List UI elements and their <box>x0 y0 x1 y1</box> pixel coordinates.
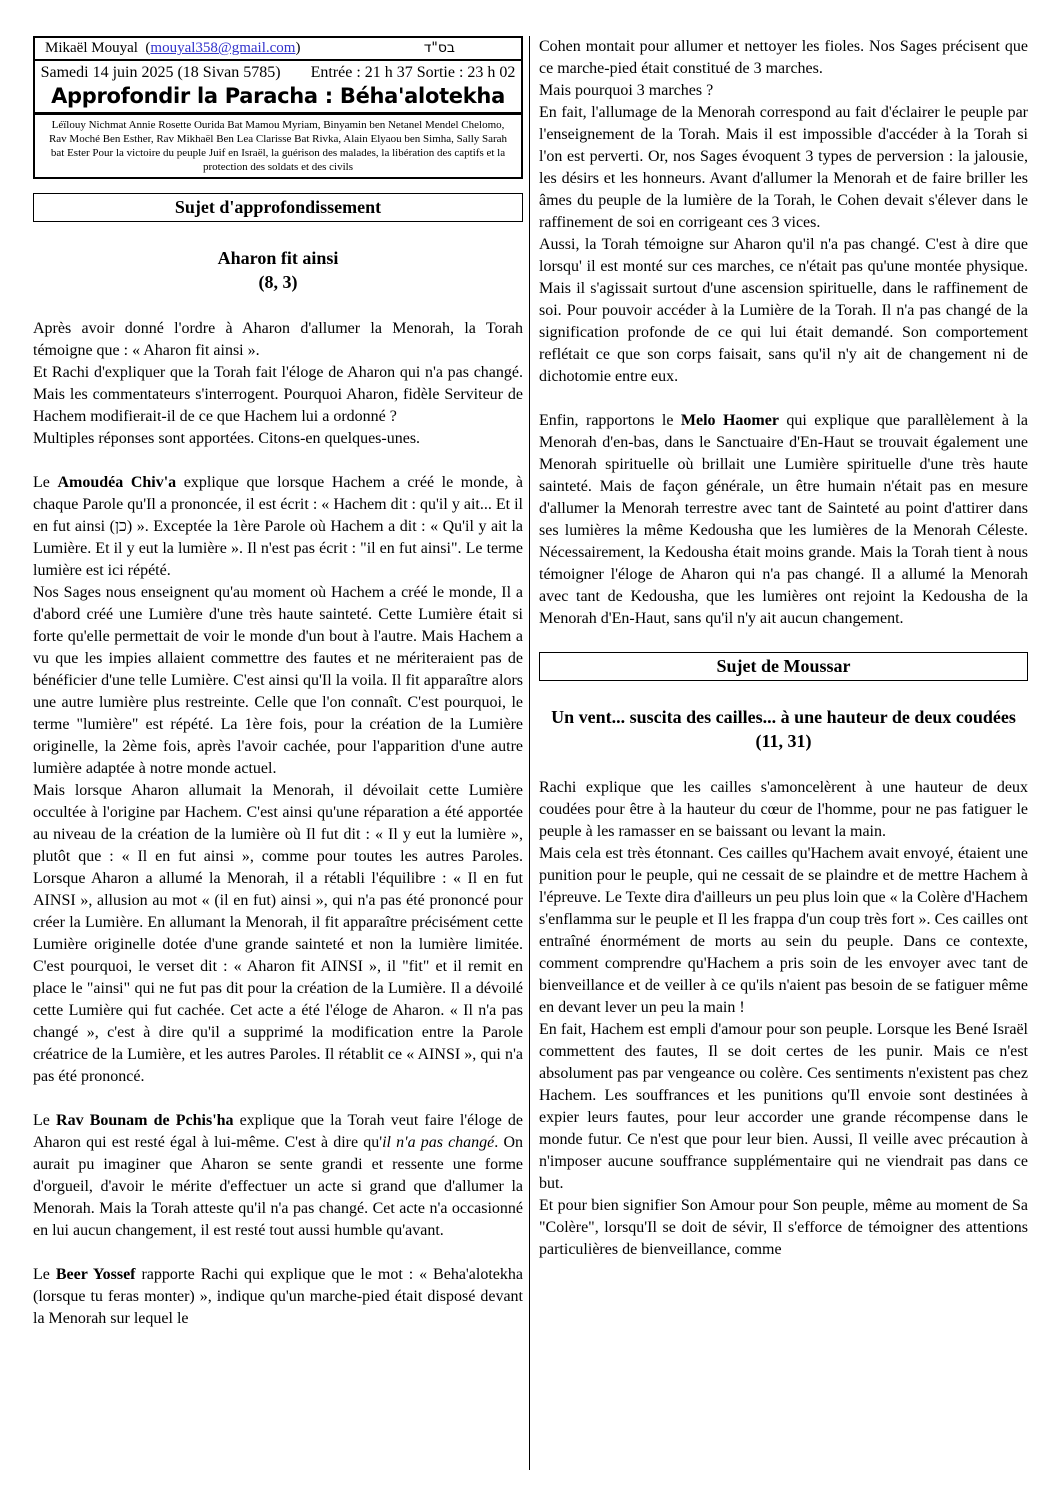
paragraph-gap <box>539 388 1028 410</box>
paragraph: En fait, l'allumage de la Menorah corres… <box>539 102 1028 234</box>
article-heading-line: Aharon fit ainsi <box>33 246 523 270</box>
hebrew-dedication-mark: בס"ד <box>424 40 513 56</box>
email-close-paren: ) <box>295 40 300 56</box>
document-page: Mikaël Mouyal (mouyal358@gmail.com) בס"ד… <box>0 0 1058 1470</box>
paragraph-gap <box>33 450 523 472</box>
dedication-box: Léïlouy Nichmat Annie Rosette Ourida Bat… <box>33 115 523 179</box>
paragraph-gap <box>539 681 1028 703</box>
paragraph: Mais pourquoi 3 marches ? <box>539 80 1028 102</box>
date-text: Samedi 14 juin 2025 (18 Sivan 5785) <box>41 64 281 82</box>
document-header: Mikaël Mouyal (mouyal358@gmail.com) בס"ד… <box>33 36 523 115</box>
header-author-row: Mikaël Mouyal (mouyal358@gmail.com) בס"ד <box>35 38 521 61</box>
section-title: Sujet de Moussar <box>717 656 851 676</box>
article-heading-line: (11, 31) <box>539 729 1028 753</box>
candle-times-text: Entrée : 21 h 37 Sortie : 23 h 02 <box>311 64 516 82</box>
section-title-box: Sujet de Moussar <box>539 652 1028 681</box>
right-column: Cohen montait pour allumer et nettoyer l… <box>529 36 1028 1470</box>
paragraph: Et pour bien signifier Son Amour pour So… <box>539 1195 1028 1261</box>
left-column: Mikaël Mouyal (mouyal358@gmail.com) בס"ד… <box>33 36 529 1470</box>
dedication-text: Léïlouy Nichmat Annie Rosette Ourida Bat… <box>49 119 507 173</box>
left-column-content: Sujet d'approfondissementAharon fit ains… <box>33 193 523 1330</box>
page-title: Approfondir la Paracha : Béha'alotekha <box>51 84 505 108</box>
author-line: Mikaël Mouyal (mouyal358@gmail.com) <box>45 40 300 57</box>
email-link[interactable]: mouyal358@gmail.com <box>150 40 295 56</box>
section-title: Sujet d'approfondissement <box>175 197 381 217</box>
right-column-content: Cohen montait pour allumer et nettoyer l… <box>539 36 1028 1261</box>
paragraph-gap <box>539 630 1028 652</box>
author-name: Mikaël Mouyal <box>45 40 138 56</box>
paragraph: Nos Sages nous enseignent qu'au moment o… <box>33 582 523 780</box>
title-suffix-mark: : <box>465 90 469 104</box>
paragraph: Le Rav Bounam de Pchis'ha explique que l… <box>33 1110 523 1242</box>
document-title-row: Approfondir la Paracha : Béha'alotekha : <box>35 83 521 112</box>
paragraph: Cohen montait pour allumer et nettoyer l… <box>539 36 1028 80</box>
paragraph: En fait, Hachem est empli d'amour pour s… <box>539 1019 1028 1195</box>
paragraph-gap <box>33 296 523 318</box>
paragraph-gap <box>539 755 1028 777</box>
paragraph: Le Amoudéa Chiv'a explique que lorsque H… <box>33 472 523 582</box>
paragraph: Mais lorsque Aharon allumait la Menorah,… <box>33 780 523 1088</box>
paragraph: Mais cela est très étonnant. Ces cailles… <box>539 843 1028 1019</box>
section-title-box: Sujet d'approfondissement <box>33 193 523 222</box>
article-heading-line: Un vent... suscita des cailles... à une … <box>539 705 1028 729</box>
two-column-layout: Mikaël Mouyal (mouyal358@gmail.com) בס"ד… <box>33 36 1028 1470</box>
paragraph: Après avoir donné l'ordre à Aharon d'all… <box>33 318 523 362</box>
paragraph: Et Rachi d'expliquer que la Torah fait l… <box>33 362 523 428</box>
header-date-row: Samedi 14 juin 2025 (18 Sivan 5785) Entr… <box>35 61 521 83</box>
paragraph: Le Beer Yossef rapporte Rachi qui expliq… <box>33 1264 523 1330</box>
paragraph: Aussi, la Torah témoigne sur Aharon qu'i… <box>539 234 1028 388</box>
paragraph: Multiples réponses sont apportées. Citon… <box>33 428 523 450</box>
article-heading-line: (8, 3) <box>33 270 523 294</box>
article-heading: Aharon fit ainsi(8, 3) <box>33 246 523 294</box>
paragraph-gap <box>33 1088 523 1110</box>
article-heading: Un vent... suscita des cailles... à une … <box>539 705 1028 753</box>
paragraph-gap <box>33 222 523 244</box>
paragraph: Enfin, rapportons le Melo Haomer qui exp… <box>539 410 1028 630</box>
paragraph: Rachi explique que les cailles s'amoncel… <box>539 777 1028 843</box>
paragraph-gap <box>33 1242 523 1264</box>
